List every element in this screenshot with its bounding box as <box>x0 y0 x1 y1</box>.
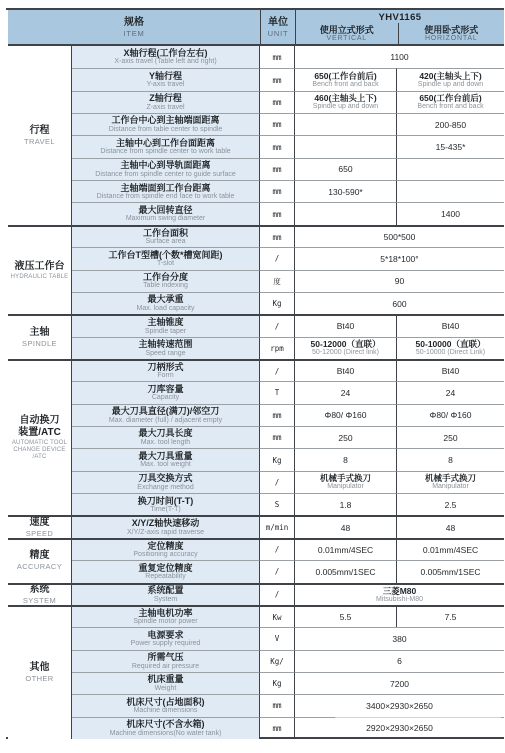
unit-cell: / <box>260 560 295 582</box>
unit-cell: Kg <box>260 292 295 314</box>
value-cell-horizontal: 15-435* <box>397 135 504 157</box>
unit-cell: / <box>260 359 295 381</box>
value-cell-vertical: 5.5 <box>295 605 397 627</box>
item-label-en: Max. diameter (full) / adjacent empty <box>109 417 222 425</box>
unit-cell: / <box>260 247 295 269</box>
unit-cell: Kg <box>260 448 295 470</box>
item-cell: X轴行程(工作台左右)X-axis travel (Table left and… <box>72 46 260 68</box>
item-label-zh: 最大刀具直径(满刀)/邻空刀 <box>112 406 220 417</box>
value-cell-horizontal <box>397 158 504 180</box>
value-cell-horizontal: 48 <box>397 515 504 537</box>
value-cell-horizontal: 0.005mm/1SEC <box>397 560 504 582</box>
item-label-zh: 机床尺寸(不含水箱) <box>127 719 205 730</box>
value-line-secondary: 50-12000 (Direct link) <box>312 349 379 357</box>
header-model: YHV1165 使用立式形式 VERTICAL 使用卧式形式 HORIZONTA… <box>295 10 504 44</box>
item-label-zh: 主轴转速范围 <box>138 339 192 350</box>
unit-cell: Kg <box>260 672 295 694</box>
group-label-en: AUTOMATIC TOOL CHANGE DEVICE /ATC <box>9 440 70 461</box>
item-cell: 电源要求Power supply required <box>72 627 260 649</box>
spec-table-body: 行程TRAVEL液压工作台HYDRAULIC TABLE主轴SPINDLE自动换… <box>8 46 504 739</box>
unit-cell: mm <box>260 694 295 716</box>
unit-cell: mm <box>260 717 295 739</box>
unit-cell: mm <box>260 426 295 448</box>
item-label-en: Distance from spindle center to guide su… <box>95 171 235 179</box>
value-cell-vertical: Bt40 <box>295 359 397 381</box>
item-label-en: Positioning accuracy <box>133 551 197 559</box>
table-header: 规格 ITEM 单位 UNIT YHV1165 使用立式形式 VERTICAL … <box>8 10 504 46</box>
group-cell: 速度SPEED <box>8 515 72 537</box>
value-cell-vertical: 250 <box>295 426 397 448</box>
value-line-primary: 机械手式换刀 <box>425 473 476 483</box>
group-cell: 液压工作台HYDRAULIC TABLE <box>8 225 72 314</box>
group-label-en: TRAVEL <box>24 138 55 147</box>
value-cell-horizontal: 200-850 <box>397 113 504 135</box>
item-cell: Y轴行程Y-axis travel <box>72 68 260 90</box>
group-label-zh: 精度 <box>30 550 50 562</box>
item-cell: 刀库容量Capacity <box>72 381 260 403</box>
value-cell-vertical <box>295 113 397 135</box>
item-label-en: Required air pressure <box>132 663 199 671</box>
value-cell-vertical <box>295 135 397 157</box>
value-cell-horizontal: Bt40 <box>397 314 504 336</box>
item-label-en: Spindle taper <box>145 328 186 336</box>
item-label-en: Machine dimensions(No water tank) <box>110 730 222 738</box>
item-label-zh: 所需气压 <box>147 652 183 663</box>
item-label-en: Distance from spindle end face to work t… <box>97 193 235 201</box>
item-cell: 工作台T型槽(个数*槽宽间距)T-slot <box>72 247 260 269</box>
header-horizontal-en: HORIZONTAL <box>425 35 478 43</box>
item-label-zh: 主轴端面到工作台距离 <box>120 183 210 194</box>
group-label-zh: 其他 <box>30 662 50 674</box>
value-cell-horizontal: Φ80/ Φ160 <box>397 404 504 426</box>
value-line-primary: 650(工作台前后) <box>314 71 376 81</box>
item-label-zh: 最大刀具重量 <box>138 451 192 462</box>
group-label-zh: 行程 <box>30 125 50 137</box>
unit-cell: mm <box>260 404 295 426</box>
item-label-zh: 主轴中心到导轨面距离 <box>120 160 210 171</box>
item-cell: 主轴转速范围Speed range <box>72 337 260 359</box>
item-label-en: Spindle motor power <box>133 618 197 626</box>
unit-cell: / <box>260 471 295 493</box>
header-item: 规格 ITEM <box>8 10 260 44</box>
value-line-secondary: Manipulator <box>327 483 364 491</box>
unit-cell: mm <box>260 135 295 157</box>
value-cell-horizontal: 50-10000（直联）50-10000 (Direct Link) <box>397 337 504 359</box>
value-line-primary: 机械手式换刀 <box>320 473 371 483</box>
group-label-en: SPINDLE <box>22 340 57 349</box>
value-cell-span: 500*500 <box>295 225 504 247</box>
value-cell-vertical: 130-590* <box>295 180 397 202</box>
value-line-primary: 50-10000（直联） <box>416 339 486 349</box>
value-cell-horizontal: 650(工作台前后)Bench front and back <box>397 91 504 113</box>
item-cell: 最大刀具直径(满刀)/邻空刀Max. diameter (full) / adj… <box>72 404 260 426</box>
item-label-en: System <box>154 596 177 604</box>
item-label-en: Machine dimensions <box>134 707 198 715</box>
header-vertical: 使用立式形式 VERTICAL <box>296 23 398 44</box>
header-unit-zh: 单位 <box>268 17 288 29</box>
item-cell: 最大承重Max. load capacity <box>72 292 260 314</box>
value-cell-horizontal: 1400 <box>397 202 504 224</box>
value-line-primary: 420(主轴头上下) <box>419 71 481 81</box>
item-label-zh: X轴行程(工作台左右) <box>124 48 208 59</box>
group-cell: 主轴SPINDLE <box>8 314 72 359</box>
unit-cell: m/min <box>260 515 295 537</box>
item-label-zh: X/Y/Z轴快速移动 <box>132 518 200 529</box>
value-cell-span: 7200 <box>295 672 504 694</box>
item-label-en: Distance from spindle center to work tab… <box>100 148 230 156</box>
group-cell: 精度ACCURACY <box>8 538 72 583</box>
value-cell-horizontal: 24 <box>397 381 504 403</box>
header-horizontal: 使用卧式形式 HORIZONTAL <box>398 23 504 44</box>
item-label-en: Y-axis travel <box>147 81 185 89</box>
item-cell: 换刀时间(T-T)Time(T-T) <box>72 493 260 515</box>
group-cell: 其他OTHER <box>8 605 72 739</box>
value-line-primary: 50-12000（直联） <box>311 339 381 349</box>
item-label-zh: 刀具交换方式 <box>138 473 192 484</box>
value-cell-horizontal: 420(主轴头上下)Spindle up and down <box>397 68 504 90</box>
item-label-zh: 机床尺寸(占地面积) <box>127 697 205 708</box>
item-label-zh: 定位精度 <box>147 541 183 552</box>
item-cell: 所需气压Required air pressure <box>72 650 260 672</box>
value-line-secondary: Manipulator <box>432 483 469 491</box>
group-label-zh: 自动换刀 装置/ATC <box>18 415 61 439</box>
item-cell: 主轴中心到导轨面距离Distance from spindle center t… <box>72 158 260 180</box>
value-cell-vertical: 0.005mm/1SEC <box>295 560 397 582</box>
item-cell: 最大刀具长度Max. tool length <box>72 426 260 448</box>
value-cell-vertical: 24 <box>295 381 397 403</box>
header-item-en: ITEM <box>123 29 144 38</box>
item-label-en: Maximum swing diameter <box>126 215 205 223</box>
item-label-zh: 最大回转直径 <box>138 205 192 216</box>
item-cell: 最大刀具重量Max. tool weight <box>72 448 260 470</box>
value-cell-vertical: 650 <box>295 158 397 180</box>
item-cell: 刀柄形式Form <box>72 359 260 381</box>
group-label-zh: 速度 <box>30 517 50 529</box>
header-item-zh: 规格 <box>124 17 144 29</box>
item-cell: 工作台面积Surface area <box>72 225 260 247</box>
unit-cell: mm <box>260 68 295 90</box>
item-label-en: Surface area <box>145 238 185 246</box>
item-cell: 系统配置System <box>72 583 260 605</box>
value-cell-horizontal: 0.01mm/4SEC <box>397 538 504 560</box>
value-cell-vertical: 460(主轴头上下)Spindle up and down <box>295 91 397 113</box>
item-label-zh: 换刀时间(T-T) <box>138 496 194 507</box>
item-label-zh: 工作台分度 <box>143 272 188 283</box>
item-cell: 重复定位精度Repeatability <box>72 560 260 582</box>
unit-cell: mm <box>260 158 295 180</box>
value-line-primary: 三菱M80 <box>383 586 417 596</box>
group-cell: 行程TRAVEL <box>8 46 72 225</box>
value-line-secondary: Bench front and back <box>312 81 378 89</box>
value-cell-span: 5*18*100° <box>295 247 504 269</box>
item-label-zh: Z轴行程 <box>149 93 182 104</box>
unit-cell: V <box>260 627 295 649</box>
unit-cell: mm <box>260 180 295 202</box>
unit-cell: rpm <box>260 337 295 359</box>
item-label-zh: 重复定位精度 <box>138 563 192 574</box>
group-label-en: OTHER <box>25 675 53 684</box>
value-cell-vertical: 650(工作台前后)Bench front and back <box>295 68 397 90</box>
item-label-zh: 最大承重 <box>147 294 183 305</box>
value-line-primary: 650(工作台前后) <box>419 93 481 103</box>
value-cell-horizontal: Bt40 <box>397 359 504 381</box>
item-label-zh: 刀柄形式 <box>147 362 183 373</box>
item-label-en: X/Y/Z-axis rapid traverse <box>127 529 204 537</box>
value-line-secondary: Spindle up and down <box>313 103 378 111</box>
item-label-zh: 系统配置 <box>147 585 183 596</box>
header-unit-en: UNIT <box>268 29 289 38</box>
value-line-secondary: Bench front and back <box>417 103 483 111</box>
value-line-secondary: Spindle up and down <box>418 81 483 89</box>
top-rule-extension <box>6 8 8 10</box>
unit-cell: / <box>260 314 295 336</box>
unit-cell: 度 <box>260 270 295 292</box>
header-model-sub: 使用立式形式 VERTICAL 使用卧式形式 HORIZONTAL <box>296 23 504 44</box>
value-line-secondary: Mitsubishi-M80 <box>376 596 423 604</box>
group-label-en: HYDRAULIC TABLE <box>11 274 69 281</box>
item-cell: 工作台中心到主轴端面距离Distance from table center t… <box>72 113 260 135</box>
header-vertical-en: VERTICAL <box>327 35 368 43</box>
value-cell-vertical: 50-12000（直联）50-12000 (Direct link) <box>295 337 397 359</box>
value-cell-vertical: 1.8 <box>295 493 397 515</box>
item-label-zh: 主轴锥度 <box>147 317 183 328</box>
value-cell-horizontal: 8 <box>397 448 504 470</box>
unit-cell: Kg/ <box>260 650 295 672</box>
item-label-en: Time(T-T) <box>150 506 180 514</box>
value-cell-vertical: 机械手式换刀Manipulator <box>295 471 397 493</box>
value-cell-horizontal: 2.5 <box>397 493 504 515</box>
value-cell-span: 380 <box>295 627 504 649</box>
unit-cell: mm <box>260 225 295 247</box>
value-cell-vertical: Φ80/ Φ160 <box>295 404 397 426</box>
group-cell: 系统SYSTEM <box>8 583 72 605</box>
header-vertical-zh: 使用立式形式 <box>320 25 374 35</box>
value-cell-span: 1100 <box>295 46 504 68</box>
value-cell-horizontal: 250 <box>397 426 504 448</box>
item-label-en: Capacity <box>152 394 179 402</box>
unit-cell: / <box>260 538 295 560</box>
value-cell-span: 600 <box>295 292 504 314</box>
item-cell: 主轴电机功率Spindle motor power <box>72 605 260 627</box>
item-label-zh: 主轴中心到工作台面距离 <box>116 138 215 149</box>
unit-cell: mm <box>260 202 295 224</box>
value-cell-horizontal: 机械手式换刀Manipulator <box>397 471 504 493</box>
item-cell: Z轴行程Z-axis travel <box>72 91 260 113</box>
group-label-zh: 液压工作台 <box>15 261 65 273</box>
unit-cell: T <box>260 381 295 403</box>
model-name: YHV1165 <box>296 10 504 23</box>
group-cell: 自动换刀 装置/ATCAUTOMATIC TOOL CHANGE DEVICE … <box>8 359 72 515</box>
group-label-zh: 主轴 <box>30 327 50 339</box>
item-cell: 主轴中心到工作台面距离Distance from spindle center … <box>72 135 260 157</box>
item-label-zh: 主轴电机功率 <box>138 608 192 619</box>
value-line-secondary: 50-10000 (Direct Link) <box>416 349 485 357</box>
item-label-en: Table indexing <box>143 282 188 290</box>
item-cell: 主轴锥度Spindle taper <box>72 314 260 336</box>
item-label-en: Power supply required <box>131 640 201 648</box>
item-label-zh: 机床重量 <box>147 674 183 685</box>
spec-sheet: 规格 ITEM 单位 UNIT YHV1165 使用立式形式 VERTICAL … <box>0 0 505 753</box>
value-cell-span: 三菱M80Mitsubishi-M80 <box>295 583 504 605</box>
value-cell-span: 90 <box>295 270 504 292</box>
item-label-en: Form <box>157 372 173 380</box>
value-cell-vertical: Bt40 <box>295 314 397 336</box>
value-cell-vertical <box>295 202 397 224</box>
unit-cell: / <box>260 583 295 605</box>
item-label-en: Max. tool length <box>141 439 190 447</box>
item-label-zh: 工作台中心到主轴端面距离 <box>111 115 219 126</box>
unit-cell: Kw <box>260 605 295 627</box>
item-label-en: Exchange method <box>137 484 193 492</box>
item-label-en: Weight <box>155 685 177 693</box>
item-label-zh: Y轴行程 <box>149 71 182 82</box>
item-label-en: Max. tool weight <box>140 461 191 469</box>
header-horizontal-zh: 使用卧式形式 <box>424 25 478 35</box>
value-cell-span: 6 <box>295 650 504 672</box>
unit-cell: mm <box>260 91 295 113</box>
group-label-zh: 系统 <box>30 584 50 596</box>
item-label-en: Speed range <box>145 350 185 358</box>
group-label-en: ACCURACY <box>17 563 62 572</box>
item-cell: 机床尺寸(不含水箱)Machine dimensions(No water ta… <box>72 717 260 739</box>
item-label-en: Z-axis travel <box>146 104 184 112</box>
group-label-en: SPEED <box>26 530 53 538</box>
value-cell-vertical: 48 <box>295 515 397 537</box>
value-cell-horizontal <box>397 180 504 202</box>
value-line-primary: 460(主轴头上下) <box>314 93 376 103</box>
value-cell-vertical: 0.01mm/4SEC <box>295 538 397 560</box>
item-label-zh: 工作台面积 <box>143 228 188 239</box>
value-cell-vertical: 8 <box>295 448 397 470</box>
value-cell-span: 2920×2930×2650 <box>295 717 504 739</box>
item-label-en: T-slot <box>157 260 174 268</box>
group-label-en: SYSTEM <box>23 597 56 605</box>
unit-cell: mm <box>260 46 295 68</box>
value-cell-span: 3400×2930×2650 <box>295 694 504 716</box>
item-cell: 主轴端面到工作台距离Distance from spindle end face… <box>72 180 260 202</box>
header-unit: 单位 UNIT <box>260 10 295 44</box>
item-label-en: Repeatability <box>145 573 185 581</box>
item-cell: 定位精度Positioning accuracy <box>72 538 260 560</box>
unit-cell: mm <box>260 113 295 135</box>
item-label-zh: 刀库容量 <box>147 384 183 395</box>
item-cell: 最大回转直径Maximum swing diameter <box>72 202 260 224</box>
item-label-en: X-axis travel (Table left and right) <box>114 58 216 66</box>
item-label-en: Max. load capacity <box>137 305 195 313</box>
item-label-zh: 最大刀具长度 <box>138 428 192 439</box>
item-cell: 机床尺寸(占地面积)Machine dimensions <box>72 694 260 716</box>
item-cell: X/Y/Z轴快速移动X/Y/Z-axis rapid traverse <box>72 515 260 537</box>
item-label-zh: 电源要求 <box>147 630 183 641</box>
item-cell: 刀具交换方式Exchange method <box>72 471 260 493</box>
unit-cell: S <box>260 493 295 515</box>
item-label-en: Distance from table center to spindle <box>109 126 223 134</box>
item-cell: 机床重量Weight <box>72 672 260 694</box>
spec-table: 规格 ITEM 单位 UNIT YHV1165 使用立式形式 VERTICAL … <box>8 8 504 739</box>
item-cell: 工作台分度Table indexing <box>72 270 260 292</box>
value-cell-horizontal: 7.5 <box>397 605 504 627</box>
item-label-zh: 工作台T型槽(个数*槽宽间距) <box>109 250 223 261</box>
